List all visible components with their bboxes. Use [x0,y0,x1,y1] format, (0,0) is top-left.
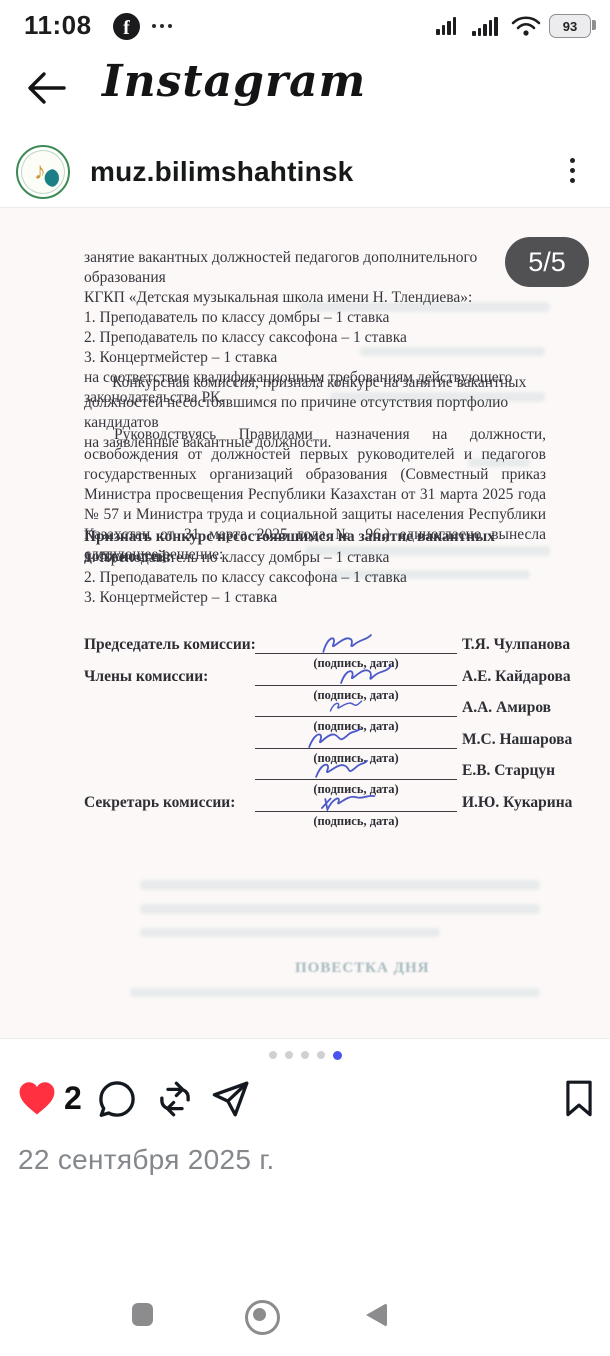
bleed-through-text [140,928,440,937]
status-more-icon [152,24,172,28]
carousel-dot [285,1051,293,1059]
carousel-page-badge: 5/5 [505,237,589,287]
signature-scribble-icon [321,691,371,722]
comment-icon[interactable] [96,1078,138,1120]
signature-role: Председатель комиссии: [84,636,256,654]
post-options-icon[interactable] [570,158,575,183]
wifi-icon [510,13,542,39]
signature-caption: (подпись, дата) [255,814,457,829]
signature-name: А.Е. Кайдарова [462,668,571,686]
signature-role: Секретарь комиссии: [84,794,235,812]
signature-row: Секретарь комиссии: (подпись, дата) И.Ю.… [84,794,584,826]
signature-scribble-icon [301,722,367,755]
signature-scribble-icon [313,627,379,660]
post-date: 22 сентября 2025 г. [18,1144,275,1176]
signature-scribble-icon [315,785,381,818]
carousel-dots [0,1051,610,1060]
nav-back-button[interactable] [366,1303,387,1327]
nav-recents-button[interactable] [132,1303,153,1326]
post-image[interactable]: ПОВЕСТКА ДНЯ занятие вакантных должносте… [0,207,610,1039]
bleed-through-heading: ПОВЕСТКА ДНЯ [295,960,429,977]
share-icon[interactable] [210,1078,252,1120]
signature-name: А.А. Амиров [462,699,551,717]
battery-icon: 93 [549,14,591,38]
back-arrow-icon[interactable] [24,70,66,106]
signature-name: М.С. Нашарова [462,731,572,749]
nav-home-button-inner [253,1308,266,1321]
battery-nub [592,20,596,30]
carousel-dot-active [333,1051,342,1060]
bleed-through-text [140,904,540,914]
signature-name: Т.Я. Чулпанова [462,636,570,654]
signature-scribble-icon [333,659,399,692]
signature-name: И.Ю. Кукарина [462,794,572,812]
signature-name: Е.В. Старцун [462,762,555,780]
facebook-notification-icon: f [113,13,140,40]
carousel-dot [301,1051,309,1059]
username[interactable]: muz.bilimshahtinsk [90,156,353,188]
instagram-wordmark: Instagram [102,56,366,107]
like-count[interactable]: 2 [64,1080,82,1117]
save-bookmark-icon[interactable] [560,1076,598,1120]
cell-signal-icon-sim1 [436,17,456,35]
page-count-text: 5/5 [528,247,566,278]
document-decision-items: 1. Преподаватель по классу домбры – 1 ст… [84,548,556,608]
bleed-through-text [140,880,540,890]
carousel-dot [269,1051,277,1059]
instagram-post-screen: 11:08 f 93 Instagram ♪ muz.bilimshahtins… [0,0,610,1356]
signature-row: Председатель комиссии: (подпись, дата) Т… [84,636,584,668]
bleed-through-text [130,988,540,997]
avatar[interactable]: ♪ [16,145,70,199]
repost-icon[interactable] [154,1078,196,1120]
like-button-heart-icon[interactable] [14,1076,60,1120]
signature-scribble-icon [307,753,373,786]
facebook-glyph: f [123,16,130,40]
battery-percent: 93 [563,19,577,34]
music-note-icon: ♪ [34,160,46,184]
status-time: 11:08 [24,10,92,41]
signature-role: Члены комиссии: [84,668,208,686]
cell-signal-icon-sim2 [472,17,498,36]
carousel-dot [317,1051,325,1059]
